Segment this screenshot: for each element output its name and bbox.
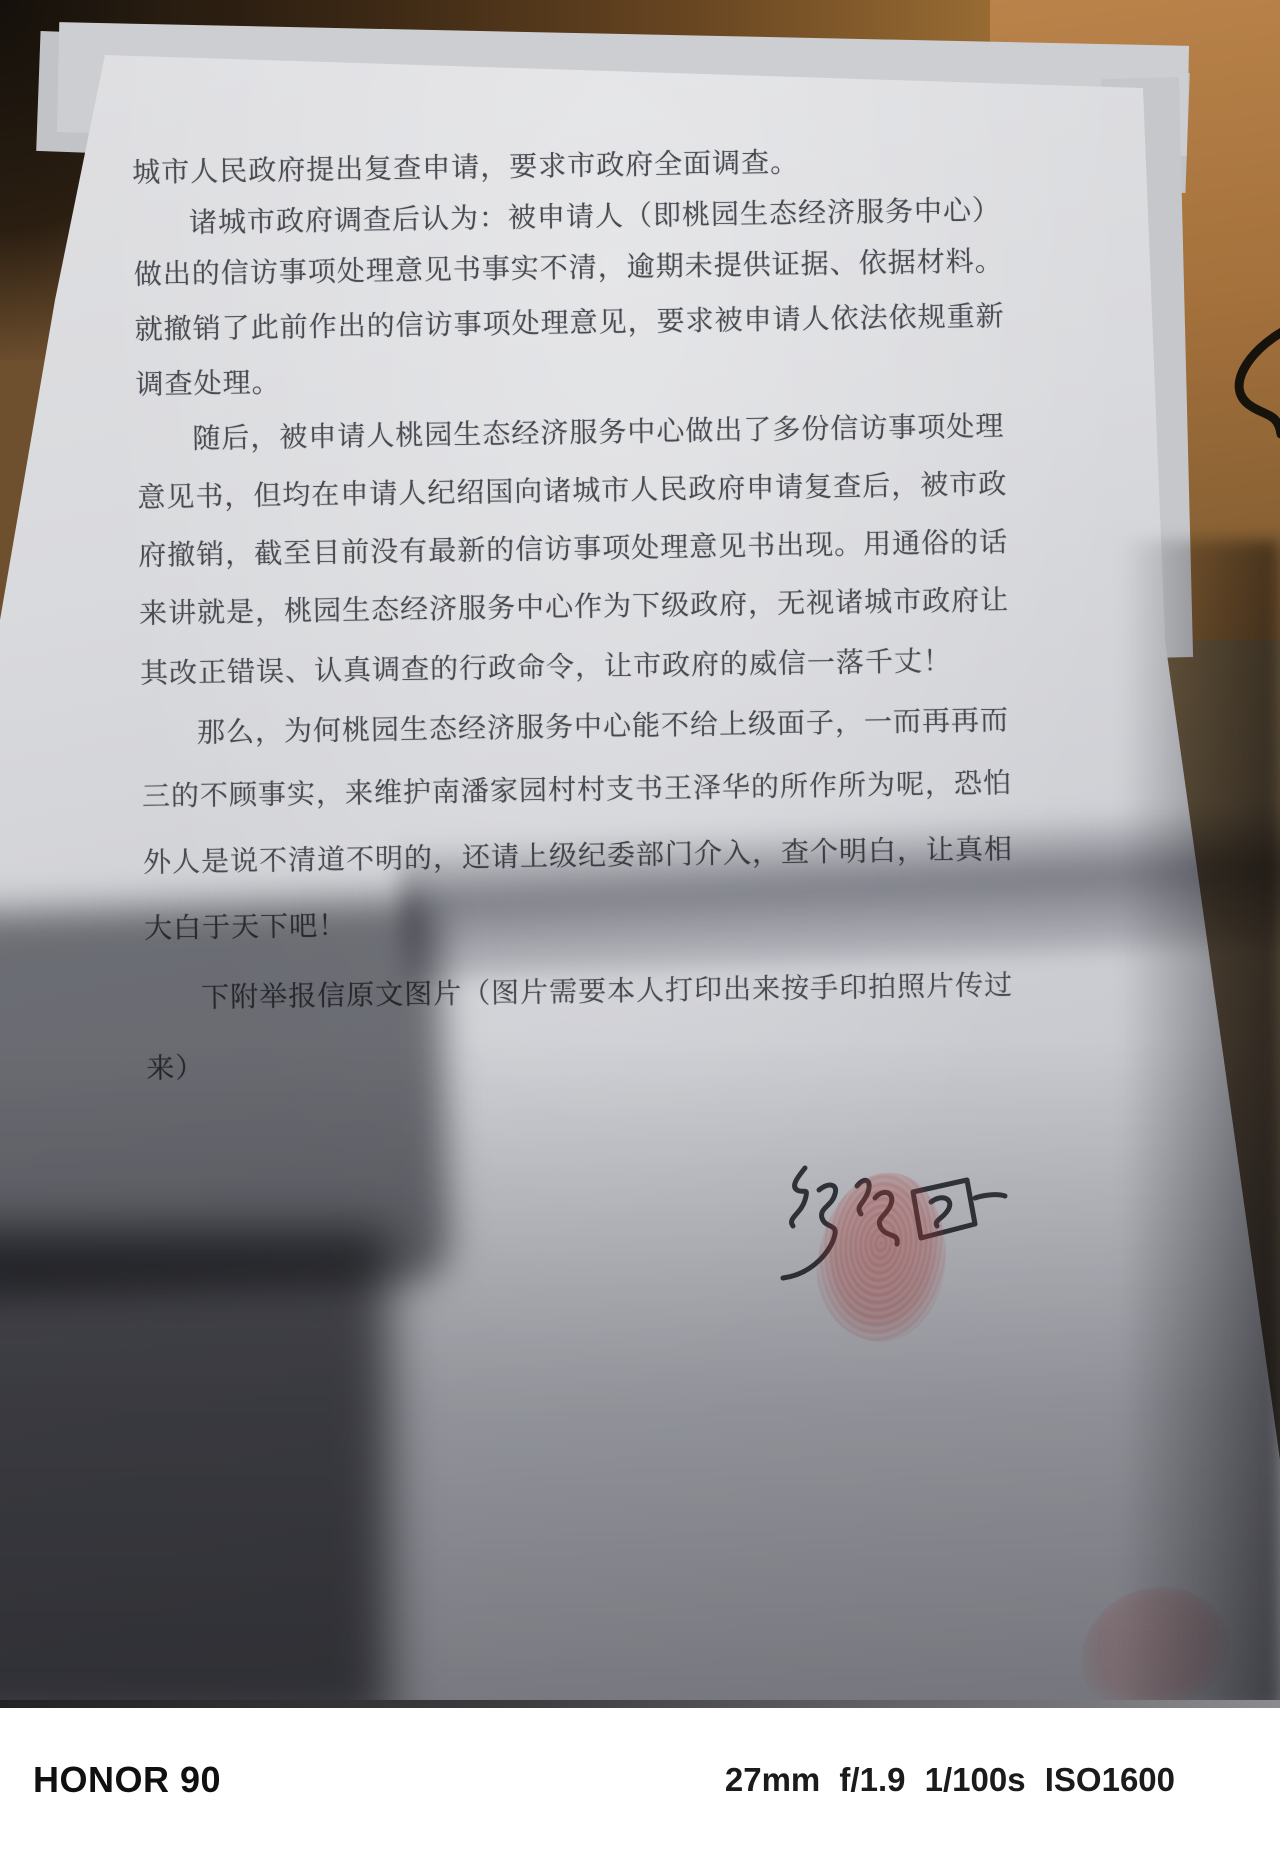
doc-line: 诸城市政府调查后认为：被申请人（即桃园生态经济服务中心） bbox=[133, 195, 993, 239]
doc-line: 调查处理。 bbox=[135, 356, 995, 400]
doc-line: 外人是说不清道不明的，还请上级纪委部门介入，查个明白，让真相 bbox=[143, 834, 1003, 878]
watermark-bar: HONOR 90 27mm f/1.9 1/100s ISO1600 bbox=[0, 1708, 1280, 1851]
doc-line: 大白于天下吧！ bbox=[144, 900, 1004, 944]
photo-of-document: 城市人民政府提出复查申请，要求市政府全面调查。诸城市政府调查后认为：被申请人（即… bbox=[0, 0, 1280, 1851]
photo-bottom-edge bbox=[0, 1700, 1280, 1708]
doc-line: 随后，被申请人桃园生态经济服务中心做出了多份信访事项处理 bbox=[136, 411, 996, 455]
doc-line: 意见书，但均在申请人纪绍国向诸城市人民政府申请复查后，被市政 bbox=[137, 469, 997, 513]
doc-line: 来） bbox=[146, 1040, 1006, 1084]
doc-line: 城市人民政府提出复查申请，要求市政府全面调查。 bbox=[132, 144, 992, 188]
doc-line: 就撤销了此前作出的信访事项处理意见，要求被申请人依法依规重新 bbox=[134, 301, 994, 345]
doc-line: 来讲就是，桃园生态经济服务中心作为下级政府，无视诸城市政府让 bbox=[139, 585, 999, 629]
doc-line: 三的不顾事实，来维护南潘家园村村支书王泽华的所作所为呢，恐怕 bbox=[142, 768, 1002, 812]
doc-line: 府撤销，截至目前没有最新的信访事项处理意见书出现。用通俗的话 bbox=[138, 527, 998, 571]
doc-line: 其改正错误、认真调查的行政命令，让市政府的威信一落千丈！ bbox=[140, 645, 1000, 689]
paper-sheet: 城市人民政府提出复查申请，要求市政府全面调查。诸城市政府调查后认为：被申请人（即… bbox=[0, 0, 1280, 1708]
camera-settings-watermark: 27mm f/1.9 1/100s ISO1600 bbox=[725, 1761, 1175, 1799]
doc-line: 下附举报信原文图片（图片需要本人打印出来按手印拍照片传过 bbox=[145, 970, 1005, 1014]
document-body: 城市人民政府提出复查申请，要求市政府全面调查。诸城市政府调查后认为：被申请人（即… bbox=[132, 144, 1006, 1083]
doc-line: 那么，为何桃园生态经济服务中心能不给上级面子，一而再再而 bbox=[141, 705, 1001, 749]
device-name-watermark: HONOR 90 bbox=[33, 1759, 221, 1801]
doc-line: 做出的信访事项处理意见书事实不清，逾期未提供证据、依据材料。 bbox=[134, 246, 994, 290]
